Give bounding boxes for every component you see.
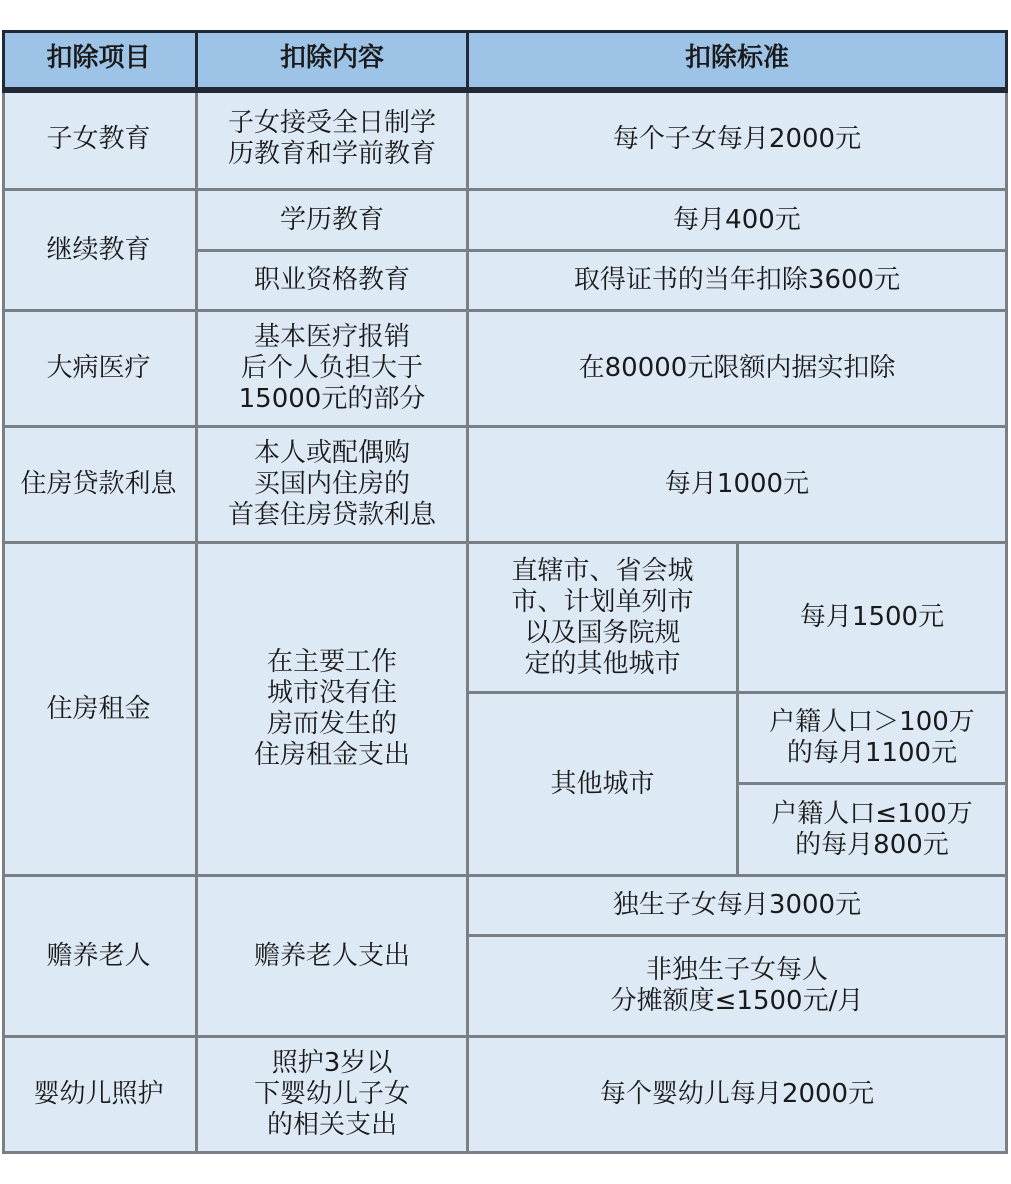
cell-standard-only-child: 独生子女每月3000元 (469, 877, 1008, 937)
cell-item-continuing-edu: 继续教育 (2, 191, 198, 312)
cell-content-elderly: 赡养老人支出 (198, 877, 469, 1038)
cell-standard-other-large: 户籍人口＞100万 的每月1100元 (739, 694, 1008, 785)
cell-item-infant-care: 婴幼儿照护 (2, 1038, 198, 1154)
cell-content-degree-edu: 学历教育 (198, 191, 469, 252)
cell-standard-other-small: 户籍人口≤100万 的每月800元 (739, 785, 1008, 877)
cell-content-mortgage: 本人或配偶购 买国内住房的 首套住房贷款利息 (198, 428, 469, 544)
cell-content-infant-care: 照护3岁以 下婴幼儿子女 的相关支出 (198, 1038, 469, 1154)
cell-content-serious-illness: 基本医疗报销 后个人负担大于 15000元的部分 (198, 312, 469, 428)
cell-standard-degree-edu: 每月400元 (469, 191, 1008, 252)
header-content: 扣除内容 (198, 30, 469, 90)
cell-item-serious-illness: 大病医疗 (2, 312, 198, 428)
cell-content-rent: 在主要工作 城市没有住 房而发生的 住房租金支出 (198, 544, 469, 877)
cell-city-other: 其他城市 (469, 694, 739, 877)
cell-standard-child-edu: 每个子女每月2000元 (469, 90, 1008, 191)
cell-item-elderly: 赡养老人 (2, 877, 198, 1038)
header-item: 扣除项目 (2, 30, 198, 90)
cell-standard-major-city: 每月1500元 (739, 544, 1008, 694)
cell-standard-mortgage: 每月1000元 (469, 428, 1008, 544)
cell-item-child-edu: 子女教育 (2, 90, 198, 191)
cell-standard-serious-illness: 在80000元限额内据实扣除 (469, 312, 1008, 428)
deduction-table: 扣除项目 扣除内容 扣除标准 子女教育 子女接受全日制学 历教育和学前教育 每个… (2, 30, 1008, 1154)
cell-city-major: 直辖市、省会城 市、计划单列市 以及国务院规 定的其他城市 (469, 544, 739, 694)
cell-standard-infant-care: 每个婴幼儿每月2000元 (469, 1038, 1008, 1154)
cell-standard-vocational-edu: 取得证书的当年扣除3600元 (469, 252, 1008, 312)
cell-item-mortgage: 住房贷款利息 (2, 428, 198, 544)
cell-item-rent: 住房租金 (2, 544, 198, 877)
header-standard: 扣除标准 (469, 30, 1008, 90)
cell-standard-non-only-child: 非独生子女每人 分摊额度≤1500元/月 (469, 937, 1008, 1038)
cell-content-child-edu: 子女接受全日制学 历教育和学前教育 (198, 90, 469, 191)
cell-content-vocational-edu: 职业资格教育 (198, 252, 469, 312)
